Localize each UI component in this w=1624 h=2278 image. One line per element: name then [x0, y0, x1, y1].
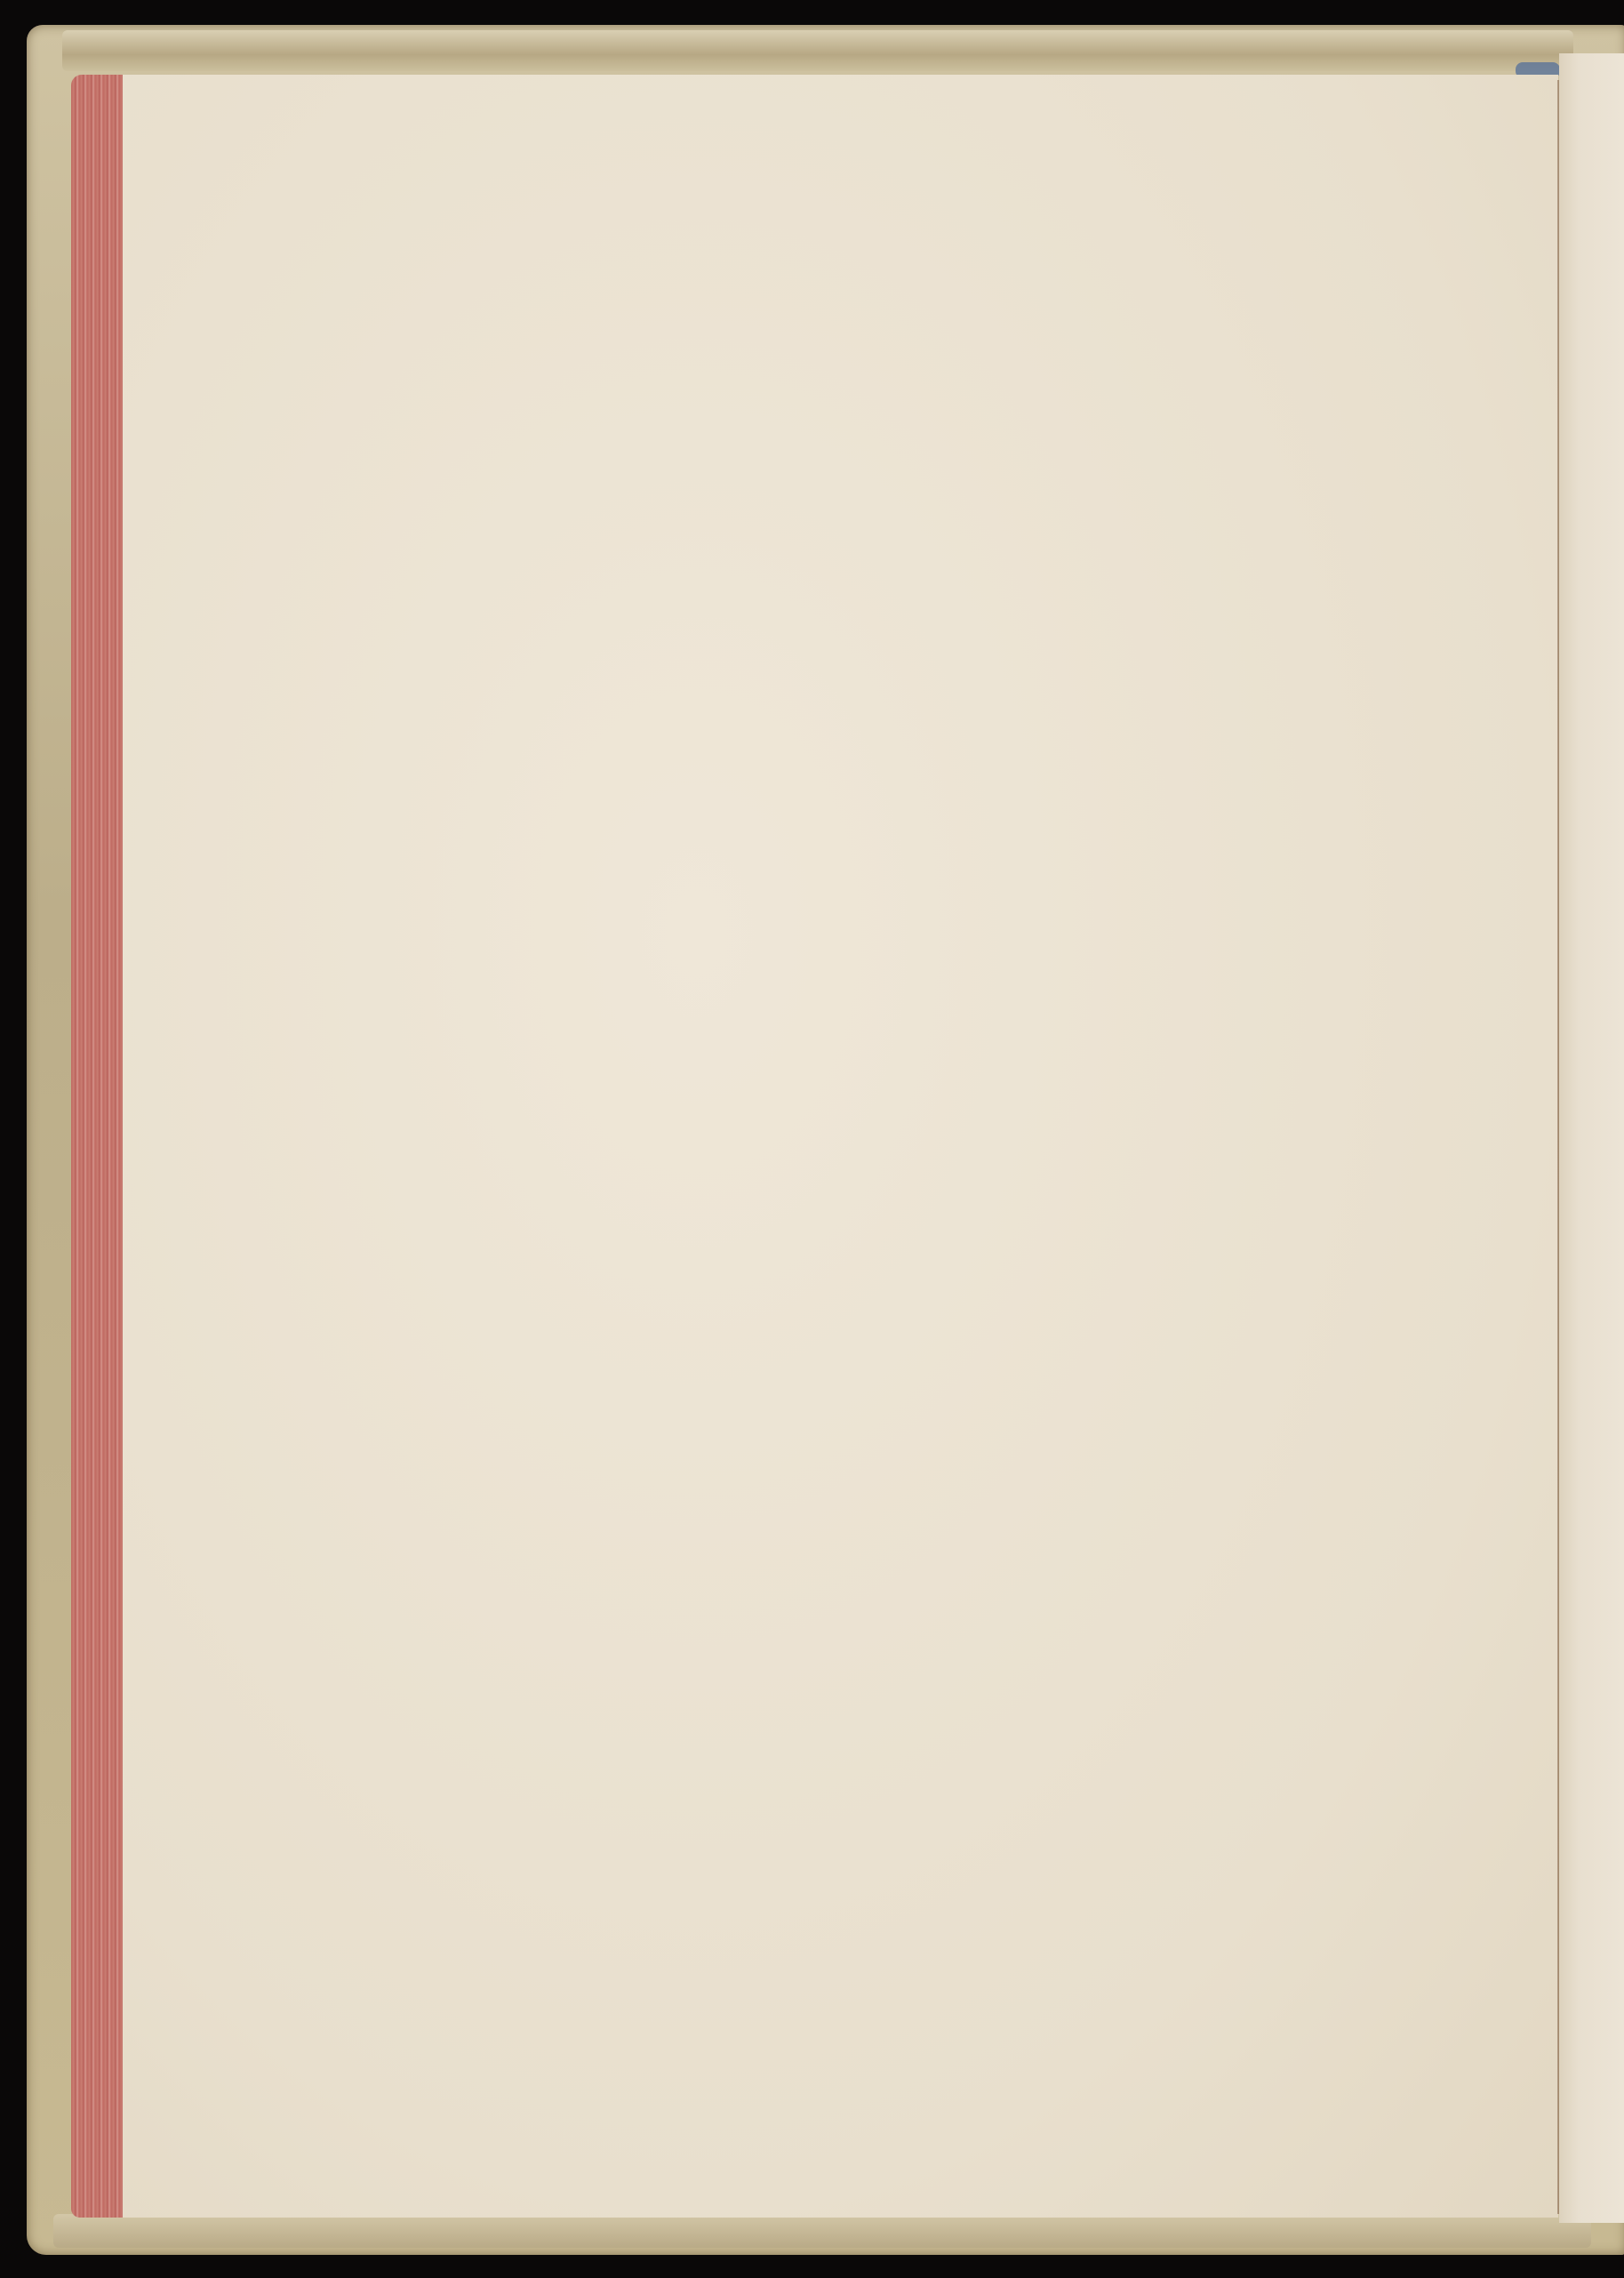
binding-bottom-edge	[53, 2214, 1591, 2248]
book-page	[123, 75, 1558, 2218]
red-fore-edge	[71, 75, 124, 2218]
facing-page	[1559, 53, 1624, 2223]
binding-top-edge	[62, 30, 1573, 71]
